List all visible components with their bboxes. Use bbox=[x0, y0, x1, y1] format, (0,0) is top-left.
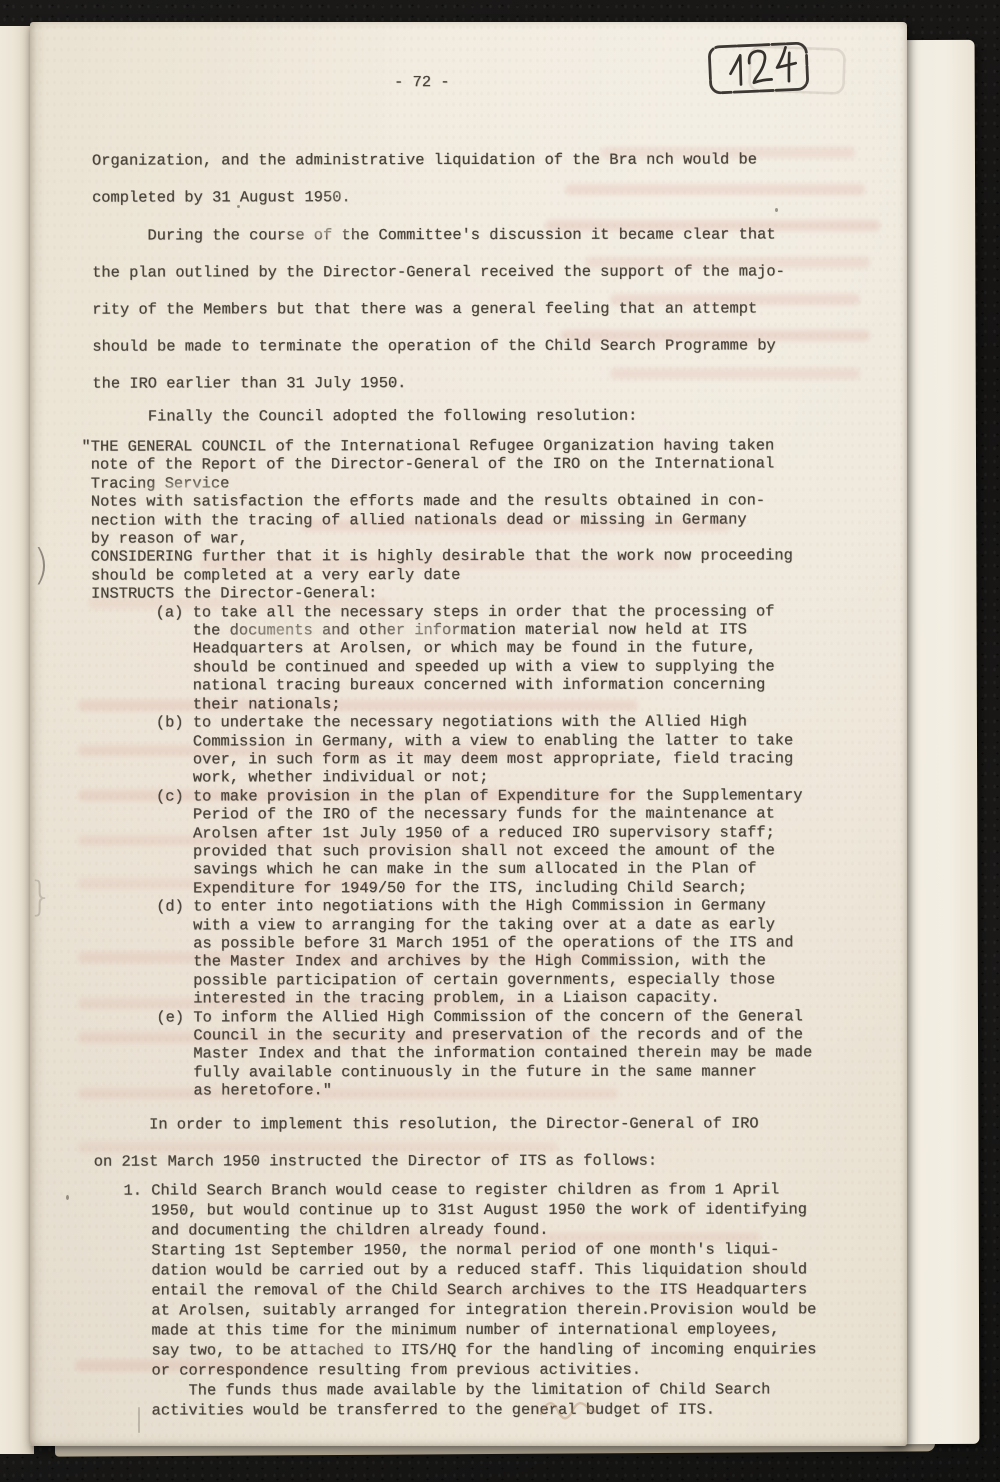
paragraph-committee-discussion: During the course of the Committee's dis… bbox=[92, 216, 785, 402]
resolution-block: "THE GENERAL COUNCIL of the Internationa… bbox=[81, 436, 812, 1100]
page-stamp bbox=[698, 36, 858, 106]
typewritten-text-layer: - 72 - Organization, and the administrat… bbox=[29, 21, 908, 1447]
paragraph-liquidation: Organization, and the administrative liq… bbox=[92, 141, 757, 216]
pencil-tick bbox=[138, 1407, 140, 1433]
ink-speck bbox=[775, 208, 778, 212]
pencil-squiggle bbox=[535, 1384, 605, 1429]
ink-speck bbox=[237, 205, 240, 208]
instruction-item-1: 1. Child Search Branch would cease to re… bbox=[96, 1179, 817, 1420]
stamp-graphic bbox=[698, 36, 858, 106]
margin-pencil-mark-upper: ) bbox=[33, 540, 49, 589]
paragraph-implement-resolution: In order to implement this resolution, t… bbox=[94, 1105, 759, 1180]
page-number: - 72 - bbox=[92, 72, 752, 93]
scanned-document-photo: { "document": { "page_number": "- 72 -",… bbox=[0, 0, 1000, 1482]
paragraph-finally-council: Finally the Council adopted the followin… bbox=[92, 398, 637, 436]
document-page: - 72 - Organization, and the administrat… bbox=[30, 22, 907, 1446]
margin-pencil-mark-lower: } bbox=[28, 874, 53, 920]
ink-speck bbox=[66, 1195, 69, 1200]
